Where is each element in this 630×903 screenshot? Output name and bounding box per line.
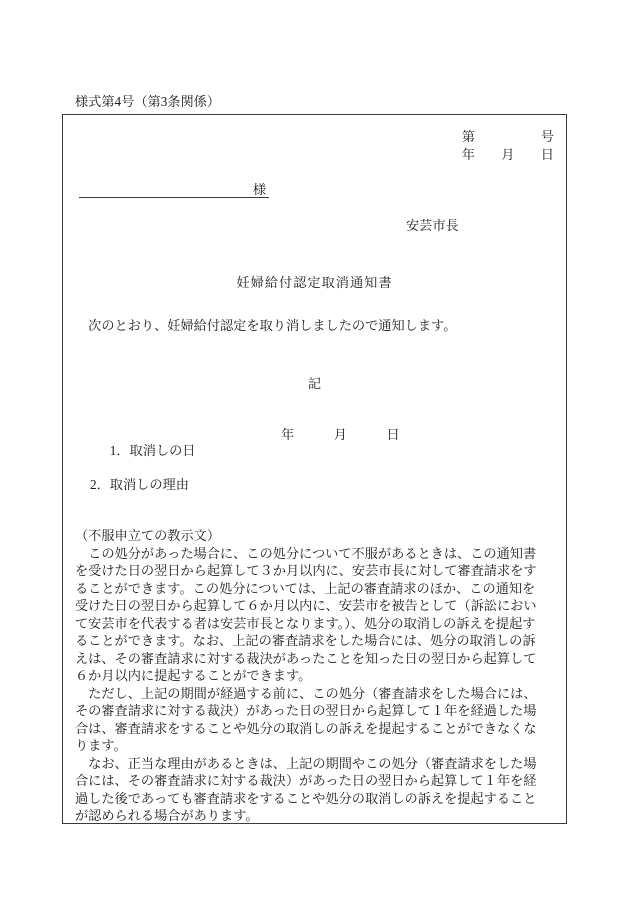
intro-paragraph: 次のとおり、妊婦給付認定を取り消しましたので通知します。: [75, 315, 456, 334]
issue-date-line: 年 月 日: [462, 144, 554, 163]
doc-number-line: 第 号: [462, 126, 554, 145]
appeal-notice-text: （不服申立ての教示文） この処分があった場合に、この処分について不服があるときは…: [75, 527, 568, 825]
sender-mayor-name: 安芸市長: [406, 215, 459, 234]
document-border-box: 第 号 年 月 日 様 安芸市長 妊婦給付認定取消通知書 次のとおり、妊婦給付認…: [62, 114, 567, 824]
item1-date-fields: 年 月 日: [281, 424, 400, 443]
item1-label: 1．取消しの日: [110, 443, 196, 458]
honorific-sama: 様: [253, 182, 266, 197]
form-number-label: 様式第4号（第3条関係）: [75, 91, 220, 110]
item-cancellation-reason: 2．取消しの理由: [90, 474, 189, 493]
addressee-line: 様: [79, 179, 269, 198]
document-page: 様式第4号（第3条関係） 第 号 年 月 日 様 安芸市長 妊婦給付認定取消通知…: [0, 0, 630, 903]
ki-heading: 記: [63, 373, 566, 392]
document-title: 妊婦給付認定取消通知書: [63, 272, 566, 291]
addressee-blank-underline: 様: [79, 179, 269, 198]
